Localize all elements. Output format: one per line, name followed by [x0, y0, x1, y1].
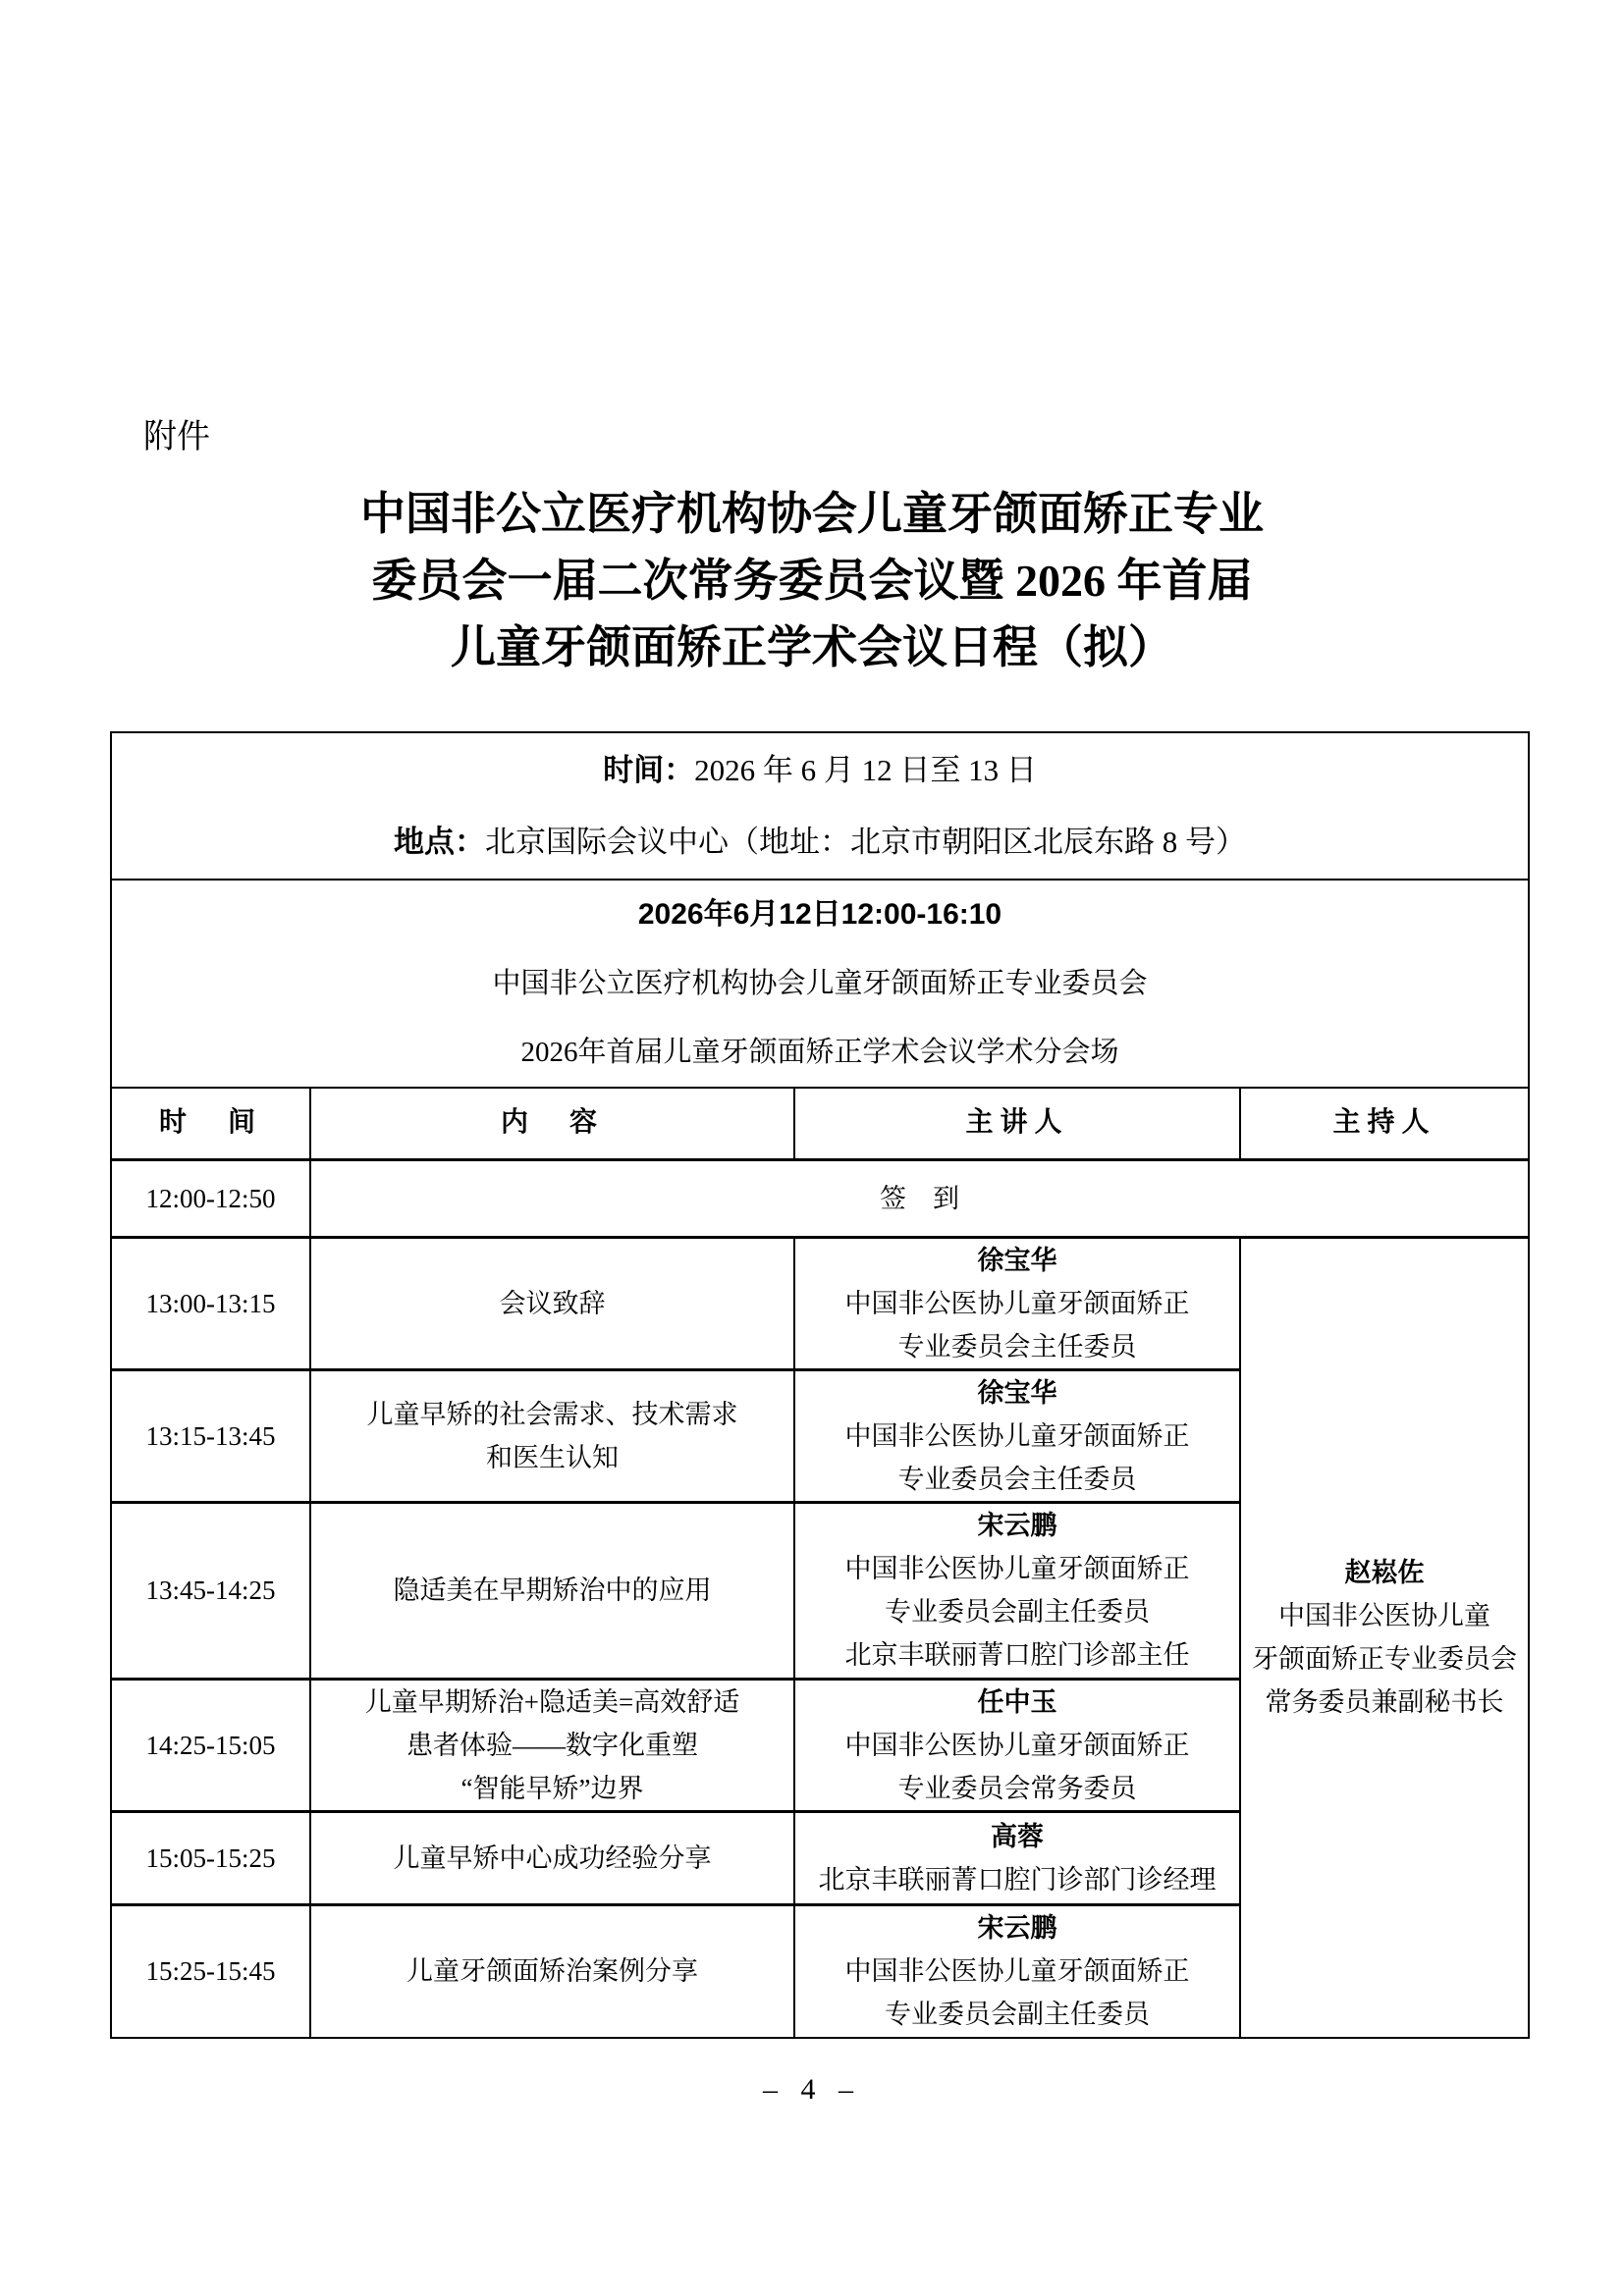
title-line-3: 儿童牙颌面矫正学术会议日程（拟）: [0, 614, 1624, 681]
page-number: – 4 –: [0, 2073, 1624, 2107]
content-line: 患者体验——数字化重塑: [311, 1724, 793, 1767]
session-header-row: 2026年6月12日12:00-16:10 中国非公立医疗机构协会儿童牙颌面矫正…: [111, 880, 1529, 1088]
speaker-line: 中国非公医协儿童牙颌面矫正: [795, 1547, 1239, 1590]
title-line-2: 委员会一届二次常务委员会议暨 2026 年首届: [0, 548, 1624, 614]
schedule-row: 13:00-13:15 会议致辞 徐宝华 中国非公医协儿童牙颌面矫正 专业委员会…: [111, 1237, 1529, 1369]
meta-time-label: 时间：: [603, 753, 694, 787]
speaker-name: 徐宝华: [795, 1239, 1239, 1282]
schedule-table: 时间：2026 年 6 月 12 日至 13 日 地点：北京国际会议中心（地址：…: [110, 731, 1530, 2039]
meta-row: 时间：2026 年 6 月 12 日至 13 日 地点：北京国际会议中心（地址：…: [111, 732, 1529, 880]
header-time: 时 间: [111, 1088, 310, 1159]
content-cell: 儿童早矫中心成功经验分享: [310, 1811, 794, 1904]
signin-content: 签 到: [310, 1159, 1529, 1237]
content-cell: 会议致辞: [310, 1237, 794, 1369]
speaker-line: 北京丰联丽菁口腔门诊部主任: [795, 1633, 1239, 1677]
content-cell: 儿童早矫的社会需求、技术需求 和医生认知: [310, 1369, 794, 1502]
attachment-label: 附件: [143, 416, 210, 459]
speaker-line: 中国非公医协儿童牙颌面矫正: [795, 1949, 1239, 1993]
host-line: 常务委员兼副秘书长: [1241, 1681, 1528, 1724]
meta-venue-line: 地点：北京国际会议中心（地址：北京市朝阳区北辰东路 8 号）: [112, 806, 1528, 878]
signin-row: 12:00-12:50 签 到: [111, 1159, 1529, 1237]
speaker-name: 宋云鹏: [795, 1906, 1239, 1949]
title-line-1: 中国非公立医疗机构协会儿童牙颌面矫正专业: [0, 481, 1624, 548]
speaker-cell: 高蓉 北京丰联丽菁口腔门诊部门诊经理: [794, 1811, 1240, 1904]
content-cell: 儿童早期矫治+隐适美=高效舒适 患者体验——数字化重塑 “智能早矫”边界: [310, 1679, 794, 1811]
speaker-cell: 徐宝华 中国非公医协儿童牙颌面矫正 专业委员会主任委员: [794, 1237, 1240, 1369]
header-content: 内 容: [310, 1088, 794, 1159]
speaker-name: 徐宝华: [795, 1371, 1239, 1415]
meta-time-value: 2026 年 6 月 12 日至 13 日: [694, 753, 1037, 787]
header-speaker: 主讲人: [794, 1088, 1240, 1159]
host-line: 牙颌面矫正专业委员会: [1241, 1637, 1528, 1681]
session-header-cell: 2026年6月12日12:00-16:10 中国非公立医疗机构协会儿童牙颌面矫正…: [111, 880, 1529, 1088]
header-host: 主持人: [1240, 1088, 1529, 1159]
meta-venue-label: 地点：: [394, 825, 485, 859]
content-line: 儿童早矫的社会需求、技术需求: [311, 1393, 793, 1436]
document-title: 中国非公立医疗机构协会儿童牙颌面矫正专业 委员会一届二次常务委员会议暨 2026…: [0, 481, 1624, 681]
time-cell: 15:25-15:45: [111, 1904, 310, 2038]
host-cell: 赵崧佐 中国非公医协儿童 牙颌面矫正专业委员会 常务委员兼副秘书长: [1240, 1237, 1529, 2038]
speaker-line: 专业委员会主任委员: [795, 1458, 1239, 1501]
speaker-line: 专业委员会副主任委员: [795, 1590, 1239, 1633]
speaker-cell: 徐宝华 中国非公医协儿童牙颌面矫正 专业委员会主任委员: [794, 1369, 1240, 1502]
content-cell: 儿童牙颌面矫治案例分享: [310, 1904, 794, 2038]
content-cell: 隐适美在早期矫治中的应用: [310, 1502, 794, 1679]
speaker-line: 专业委员会主任委员: [795, 1325, 1239, 1368]
time-cell: 13:00-13:15: [111, 1237, 310, 1369]
content-line: 和医生认知: [311, 1436, 793, 1479]
time-cell: 15:05-15:25: [111, 1811, 310, 1904]
speaker-line: 北京丰联丽菁口腔门诊部门诊经理: [795, 1858, 1239, 1901]
signin-time: 12:00-12:50: [111, 1159, 310, 1237]
time-cell: 14:25-15:05: [111, 1679, 310, 1811]
time-cell: 13:45-14:25: [111, 1502, 310, 1679]
speaker-cell: 宋云鹏 中国非公医协儿童牙颌面矫正 专业委员会副主任委员: [794, 1904, 1240, 2038]
content-line: 儿童早期矫治+隐适美=高效舒适: [311, 1681, 793, 1724]
speaker-line: 中国非公医协儿童牙颌面矫正: [795, 1282, 1239, 1325]
session-org-line: 中国非公立医疗机构协会儿童牙颌面矫正专业委员会: [112, 949, 1528, 1018]
speaker-cell: 任中玉 中国非公医协儿童牙颌面矫正 专业委员会常务委员: [794, 1679, 1240, 1811]
content-line: 隐适美在早期矫治中的应用: [311, 1569, 793, 1612]
time-cell: 13:15-13:45: [111, 1369, 310, 1502]
speaker-line: 专业委员会常务委员: [795, 1767, 1239, 1810]
content-line: 儿童早矫中心成功经验分享: [311, 1837, 793, 1880]
session-datetime: 2026年6月12日12:00-16:10: [112, 881, 1528, 949]
content-line: 会议致辞: [311, 1282, 793, 1325]
speaker-line: 中国非公医协儿童牙颌面矫正: [795, 1415, 1239, 1458]
speaker-name: 高蓉: [795, 1815, 1239, 1858]
speaker-cell: 宋云鹏 中国非公医协儿童牙颌面矫正 专业委员会副主任委员 北京丰联丽菁口腔门诊部…: [794, 1502, 1240, 1679]
speaker-name: 任中玉: [795, 1681, 1239, 1724]
session-venue-line: 2026年首届儿童牙颌面矫正学术会议学术分会场: [112, 1018, 1528, 1087]
content-line: 儿童牙颌面矫治案例分享: [311, 1949, 793, 1993]
content-line: “智能早矫”边界: [311, 1767, 793, 1810]
speaker-line: 专业委员会副主任委员: [795, 1993, 1239, 2036]
meta-venue-value: 北京国际会议中心（地址：北京市朝阳区北辰东路 8 号）: [485, 825, 1246, 859]
host-name: 赵崧佐: [1241, 1551, 1528, 1594]
column-header-row: 时 间 内 容 主讲人 主持人: [111, 1088, 1529, 1159]
meta-cell: 时间：2026 年 6 月 12 日至 13 日 地点：北京国际会议中心（地址：…: [111, 732, 1529, 880]
document-page: { "page": { "attachment_label": "附件", "t…: [0, 0, 1624, 2296]
host-line: 中国非公医协儿童: [1241, 1594, 1528, 1637]
speaker-line: 中国非公医协儿童牙颌面矫正: [795, 1724, 1239, 1767]
meta-time-line: 时间：2026 年 6 月 12 日至 13 日: [112, 734, 1528, 806]
speaker-name: 宋云鹏: [795, 1504, 1239, 1547]
